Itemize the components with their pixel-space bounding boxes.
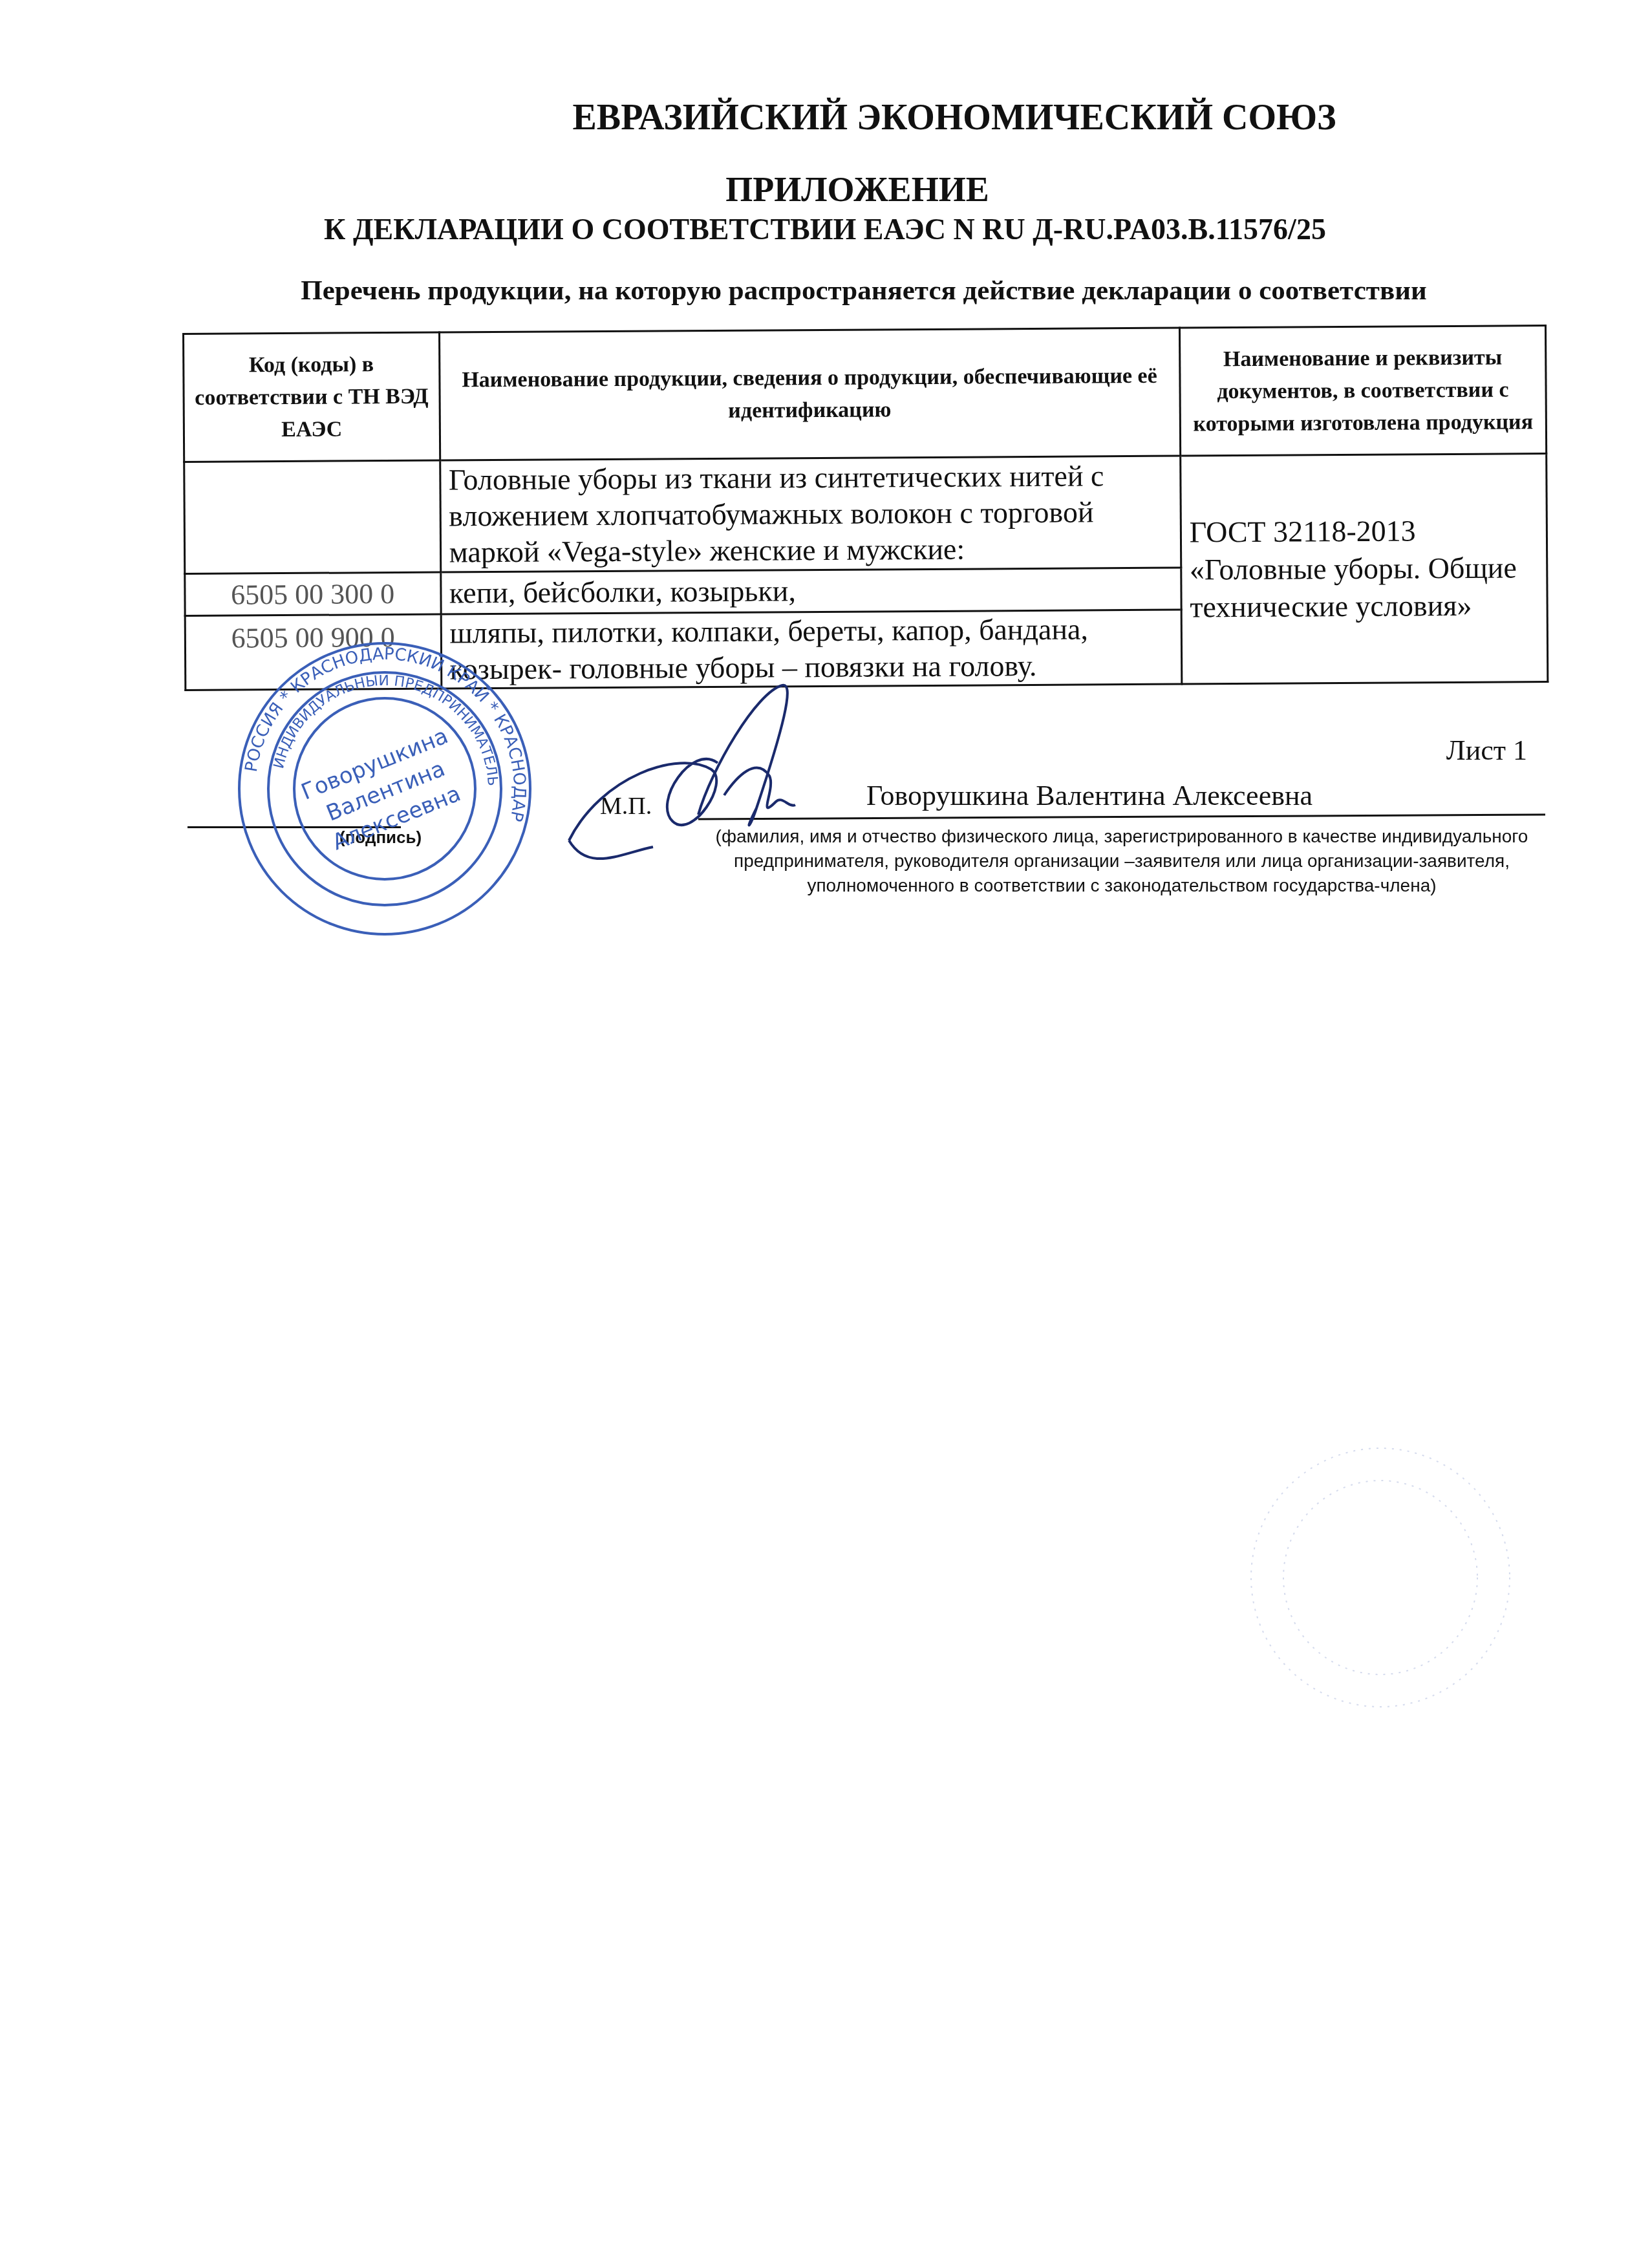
standard-cell: ГОСТ 32118-2013 «Головные уборы. Общие т… bbox=[1180, 454, 1547, 684]
faint-stamp-impression-icon bbox=[1235, 1432, 1526, 1723]
product-table: Код (коды) в соответствии с ТН ВЭД ЕАЭС … bbox=[182, 325, 1548, 691]
annex-title: ПРИЛОЖЕНИЕ bbox=[32, 169, 1650, 209]
code-cell bbox=[184, 460, 441, 573]
product-list-subtitle: Перечень продукции, на которую распростр… bbox=[39, 275, 1650, 306]
company-stamp-icon: РОССИЯ * КРАСНОДАРСКИЙ КРАЙ * КРАСНОДАР … bbox=[233, 637, 537, 941]
declaration-reference: К ДЕКЛАРАЦИИ О СООТВЕТСТВИИ ЕАЭС N RU Д-… bbox=[0, 212, 1650, 246]
code-cell: 6505 00 300 0 bbox=[185, 572, 441, 615]
signer-name: Говорушкина Валентина Алексеевна bbox=[866, 779, 1312, 812]
handwritten-signature-icon bbox=[562, 679, 886, 873]
column-header-code: Код (коды) в соответствии с ТН ВЭД ЕАЭС bbox=[184, 332, 440, 462]
product-cell: Головные уборы из ткани из синтетических… bbox=[440, 456, 1181, 572]
table-row: Головные уборы из ткани из синтетических… bbox=[184, 454, 1547, 574]
sheet-number: Лист 1 bbox=[1446, 734, 1527, 767]
column-header-documents: Наименование и реквизиты документов, в с… bbox=[1179, 326, 1546, 456]
product-cell: шляпы, пилотки, колпаки, береты, капор, … bbox=[441, 610, 1182, 689]
table-header-row: Код (коды) в соответствии с ТН ВЭД ЕАЭС … bbox=[184, 326, 1547, 462]
column-header-product: Наименование продукции, сведения о проду… bbox=[439, 328, 1180, 460]
product-cell: кепи, бейсболки, козырьки, bbox=[440, 568, 1181, 614]
organization-title: ЕВРАЗИЙСКИЙ ЭКОНОМИЧЕСКИЙ СОЮЗ bbox=[129, 97, 1650, 138]
